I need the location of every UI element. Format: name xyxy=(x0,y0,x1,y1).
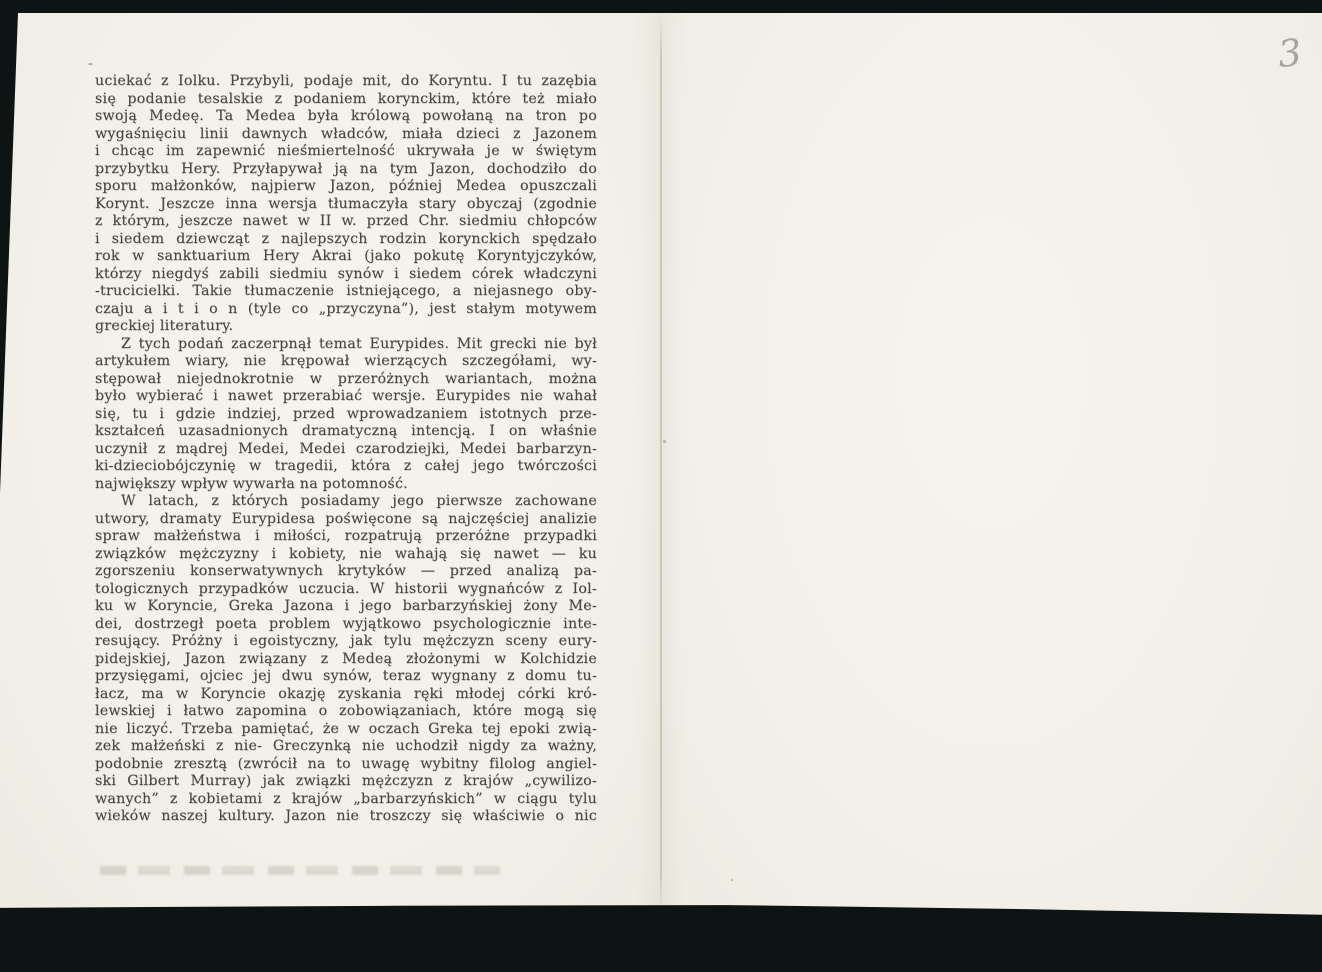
text-line: się, tu i gdzie indziej, przed wprowadza… xyxy=(95,406,597,424)
text-line: tologicznych przypadków uczucia. W histo… xyxy=(95,581,597,599)
text-line: nie liczyć. Trzeba pamiętać, że w oczach… xyxy=(95,721,597,739)
text-line: Z tych podań zaczerpnął temat Eurypides.… xyxy=(95,336,597,354)
text-line: związków mężczyzny i kobiety, nie wahają… xyxy=(95,546,597,564)
handwritten-page-number: 3 xyxy=(1276,31,1304,76)
text-line: resujący. Próżny i egoistyczny, jak tylu… xyxy=(95,633,597,651)
scan-speck xyxy=(731,879,733,881)
scan-border-bottom xyxy=(0,903,1322,972)
left-page: uciekać z Iolku. Przybyli, podaje mit, d… xyxy=(0,13,662,910)
text-line: spraw małżeństwa i miłości, rozpatrują p… xyxy=(95,528,597,546)
text-line: podobnie zresztą (zwrócił na to uwagę wy… xyxy=(95,756,597,774)
text-line: zgorszeniu konserwatywnych krytyków — pr… xyxy=(95,563,597,581)
text-line: artykułem wiary, nie krępował wierzących… xyxy=(95,353,597,371)
text-line: wygaśnięciu linii dawnych władców, miała… xyxy=(95,126,597,144)
text-line: kształceń uzasadnionych dramatyczną inte… xyxy=(95,423,597,441)
text-line: dei, dostrzegł poeta problem wyjątkowo p… xyxy=(95,616,597,634)
text-line: i chcąc im zapewnić nieśmiertelność ukry… xyxy=(95,143,597,161)
text-line: wieków naszej kultury. Jazon nie troszcz… xyxy=(95,808,597,826)
text-line: i siedem dziewcząt z najlepszych rodzin … xyxy=(95,231,597,249)
scan-speck xyxy=(88,63,93,65)
scan-speck xyxy=(663,440,666,443)
right-page: poza sobą, jego deklamacje o trosce o dz… xyxy=(662,13,1322,915)
text-line: swoją Medeę. Ta Medea była królową powoł… xyxy=(95,108,597,126)
text-line: było wybierać i nawet przerabiać wersje.… xyxy=(95,388,597,406)
text-line: uciekać z Iolku. Przybyli, podaje mit, d… xyxy=(95,73,597,91)
text-line: lewskiej i łatwo zapomina o zobowiązania… xyxy=(95,703,597,721)
text-line: stępował niejednokrotnie w przeróżnych w… xyxy=(95,371,597,389)
book-scan: uciekać z Iolku. Przybyli, podaje mit, d… xyxy=(0,0,1322,972)
text-line: W latach, z których posiadamy jego pierw… xyxy=(95,493,597,511)
text-line: łacz, ma w Koryncie okazję zyskania ręki… xyxy=(95,686,597,704)
text-line: rok w sanktuarium Hery Akrai (jako pokut… xyxy=(95,248,597,266)
text-line: ski Gilbert Murray) jak związki mężczyzn… xyxy=(95,773,597,791)
text-line: wanych” z kobietami z krajów „barbarzyńs… xyxy=(95,791,597,809)
text-line: pidejskiej, Jazon związany z Medeą złożo… xyxy=(95,651,597,669)
text-line: Korynt. Jeszcze inna wersja tłumaczyła s… xyxy=(95,196,597,214)
text-line: z którym, jeszcze nawet w II w. przed Ch… xyxy=(95,213,597,231)
spine-crease xyxy=(660,22,662,908)
left-page-text: uciekać z Iolku. Przybyli, podaje mit, d… xyxy=(95,73,597,826)
scan-border-top xyxy=(0,0,1322,13)
text-line: -trucicielki. Takie tłumaczenie istnieją… xyxy=(95,283,597,301)
text-line: przybytku Hery. Przyłapywał ją na tym Ja… xyxy=(95,161,597,179)
text-line: ki-dzieciobójczynię w tragedii, która z … xyxy=(95,458,597,476)
text-line: sporu małżonków, najpierw Jazon, później… xyxy=(95,178,597,196)
text-line: zek małżeński z nie- Greczynką nie uchod… xyxy=(95,738,597,756)
text-line: uczynił z mądrej Medei, Medei czarodziej… xyxy=(95,441,597,459)
text-line: utwory, dramaty Eurypidesa poświęcone są… xyxy=(95,511,597,529)
text-line: ku w Koryncie, Greka Jazona i jego barba… xyxy=(95,598,597,616)
text-line: największy wpływ wywarła na potomność. xyxy=(95,476,597,494)
text-line: czaju a i t i o n (tyle co „przyczyna”),… xyxy=(95,301,597,319)
text-line: którzy niegdyś zabili siedmiu synów i si… xyxy=(95,266,597,284)
text-line: greckiej literatury. xyxy=(95,318,597,336)
show-through-ghost-line xyxy=(100,866,500,875)
text-line: przysięgami, ojciec jej dwu synów, teraz… xyxy=(95,668,597,686)
text-line: się podanie tesalskie z podaniem korynck… xyxy=(95,91,597,109)
